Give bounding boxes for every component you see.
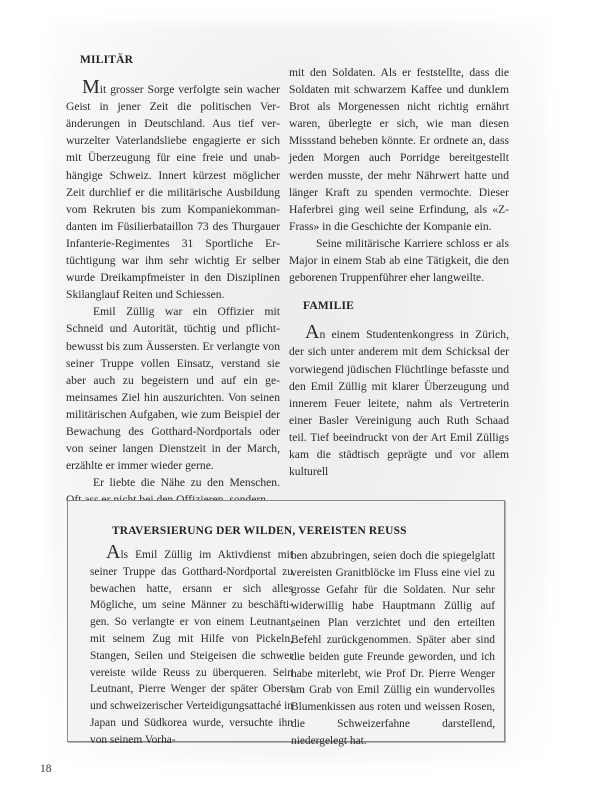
sidebar-box: TRAVERSIERUNG DER WILDEN, VEREISTEN REUS… <box>67 500 505 742</box>
militaer-paragraph-1-text: it grosser Sorge verfolgte sein wa­cher … <box>66 83 280 301</box>
page-number: 18 <box>40 762 52 775</box>
dropcap-a: A <box>305 321 319 343</box>
box-right-column: ben abzubringen, seien doch die spiegel­… <box>291 548 495 750</box>
right-column: mit den Soldaten. Als er feststellte, da… <box>289 64 509 480</box>
box-left-column: Als Emil Züllig im Aktivdienst mit seine… <box>90 545 293 749</box>
dropcap-a-box: A <box>106 541 120 563</box>
militaer-paragraph-1: Mit grosser Sorge verfolgte sein wa­cher… <box>66 80 280 303</box>
familie-paragraph-1: An einem Studentenkongress in Zürich, de… <box>289 325 509 480</box>
dropcap-m: M <box>82 76 100 98</box>
box-paragraph-left: Als Emil Züllig im Aktivdienst mit seine… <box>90 545 293 749</box>
box-paragraph-right: ben abzubringen, seien doch die spiegel­… <box>291 548 495 750</box>
militaer-paragraph-3-continued: mit den Soldaten. Als er feststellte, da… <box>289 64 509 235</box>
box-left-text: ls Emil Züllig im Aktivdienst mit seiner… <box>90 549 293 746</box>
militaer-paragraph-4: Seine militärische Karriere schloss er a… <box>289 235 509 286</box>
section-heading-militaer: MILITÄR <box>80 52 280 69</box>
militaer-paragraph-2: Emil Züllig war ein Offizier mit Schneid… <box>66 303 280 474</box>
section-heading-familie: FAMILIE <box>303 298 509 315</box>
left-column: MILITÄR Mit grosser Sorge verfolgte sein… <box>66 52 280 508</box>
familie-paragraph-1-text: n einem Studentenkongress in Zürich, der… <box>289 328 509 478</box>
box-title: TRAVERSIERUNG DER WILDEN, VEREISTEN REUS… <box>112 525 407 537</box>
